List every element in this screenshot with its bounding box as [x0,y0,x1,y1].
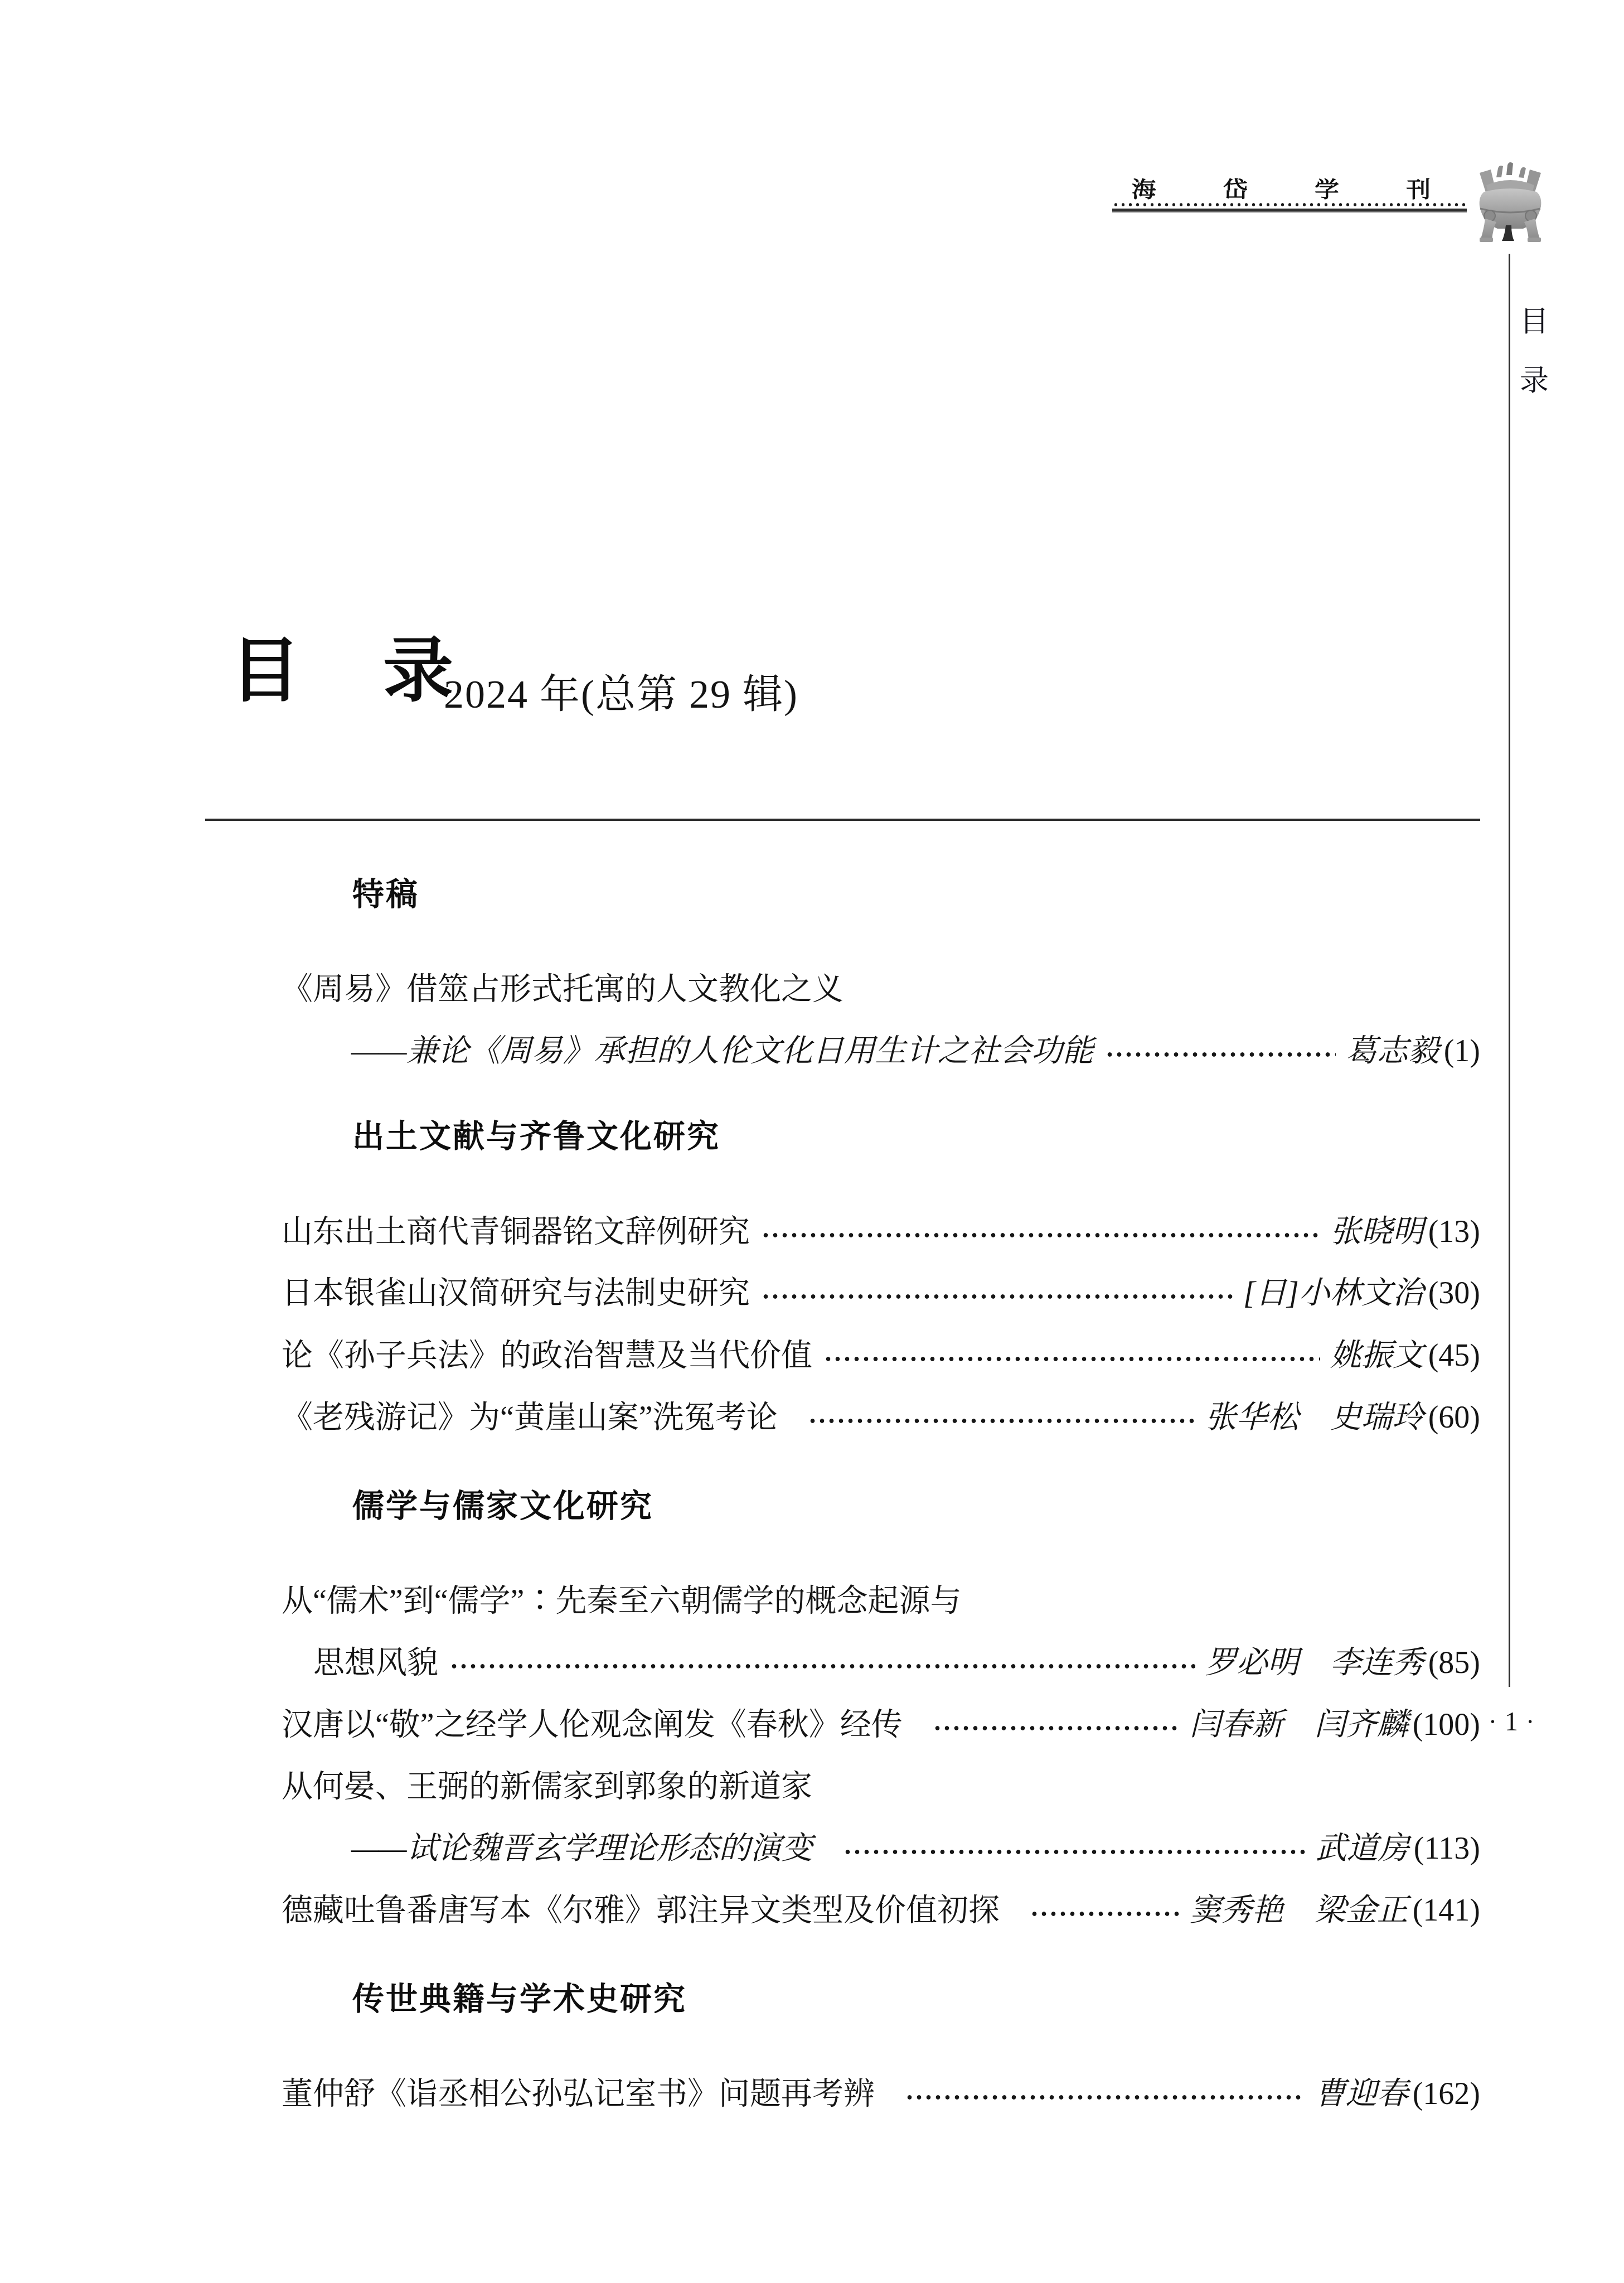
marker-right-dot: · [1526,1705,1534,1739]
page-number-marker: · 1 · [1481,1705,1542,1739]
toc-row-authors: [日]小林文治 [1243,1277,1424,1309]
toc-section-heading: 传世典籍与学术史研究 [352,1982,687,2016]
toc-section-heading: 儒学与儒家文化研究 [352,1489,653,1523]
marker-number: 1 [1505,1705,1518,1739]
toc-row-page: (85) [1428,1647,1480,1679]
dot-leader [823,1339,1320,1372]
toc-row-title: 从“儒术”到“儒学”∶先秦至六朝儒学的概念起源与 [282,1585,961,1617]
toc-row-authors: 曹迎春 [1315,2078,1408,2110]
dot-leader [843,1832,1306,1865]
toc-title-char: 录 [383,633,453,710]
margin-vertical-label: 目 录 [1518,307,1551,397]
toc-row-page: (141) [1413,1894,1480,1927]
dot-leader [808,1401,1195,1434]
toc-row-title: 思想风貌 [313,1647,438,1679]
toc-row: 思想风貌罗必明 李连秀(85) [313,1647,1480,1679]
toc-row: 山东出土商代青铜器铭文辞例研究张晓明(13) [282,1216,1480,1248]
toc-row-title: 论《孙子兵法》的政治智慧及当代价值 [282,1339,812,1372]
toc-row-title: 德藏吐鲁番唐写本《尔雅》郭注异文类型及价值初探 [282,1894,1000,1927]
toc-row: 汉唐以“敬”之经学人伦观念阐发《春秋》经传闫春新 闫齐麟(100) [282,1709,1480,1741]
header-solid-rule [1112,209,1467,211]
toc-row-title: 日本银雀山汉简研究与法制史研究 [282,1277,750,1309]
toc-row-page: (113) [1414,1832,1480,1865]
toc-row-page: (1) [1444,1035,1480,1067]
toc-row-authors: 葛志毅 [1346,1035,1439,1067]
toc-row: ——试论魏晋玄学理论形态的演变武道房(113) [351,1832,1480,1865]
toc-row: 董仲舒《诣丞相公孙弘记室书》问题再考辨曹迎春(162) [282,2078,1480,2110]
toc-row-title: ——试论魏晋玄学理论形态的演变 [351,1832,813,1865]
toc-row-page: (60) [1428,1401,1480,1434]
toc-page: 海 岱 学 刊 [0,0,1624,2283]
toc-row: ——兼论《周易》承担的人伦文化日用生计之社会功能葛志毅(1) [351,1035,1480,1067]
toc-row-title: ——兼论《周易》承担的人伦文化日用生计之社会功能 [351,1035,1094,1067]
toc-row-page: (45) [1428,1339,1480,1372]
toc-row-title: 从何晏、王弼的新儒家到郭象的新道家 [282,1771,812,1803]
toc-row-page: (162) [1413,2078,1480,2110]
dot-leader [761,1216,1320,1248]
margin-label-char: 录 [1520,366,1549,397]
toc-row-authors: 罗必明 李连秀 [1205,1647,1424,1679]
toc-section-heading: 特稿 [352,877,419,912]
toc-row-authors: 张华松 史瑞玲 [1205,1401,1424,1434]
marker-left-dot: · [1489,1705,1497,1739]
toc-row-title: 董仲舒《诣丞相公孙弘记室书》问题再考辨 [282,2078,875,2110]
dot-leader [761,1277,1233,1309]
toc-row-page: (100) [1413,1709,1480,1741]
header-dotted-rule [1112,202,1467,207]
toc-row-title: 山东出土商代青铜器铭文辞例研究 [282,1216,750,1248]
toc-row: 德藏吐鲁番唐写本《尔雅》郭注异文类型及价值初探窦秀艳 梁金正(141) [282,1894,1480,1927]
toc-row: 《老残游记》为“黄崖山案”洗冤考论张华松 史瑞玲(60) [282,1401,1480,1434]
toc-issue: 2024 年(总第 29 辑) [444,672,798,717]
toc-row-title: 《周易》借筮占形式托寓的人文教化之义 [282,973,843,1005]
dot-leader [1030,1894,1180,1927]
toc-row: 《周易》借筮占形式托寓的人文教化之义 [282,973,1480,1005]
margin-label-char: 目 [1520,307,1549,338]
journal-title: 海 岱 学 刊 [1118,172,1475,203]
toc-row-title: 汉唐以“敬”之经学人伦观念阐发《春秋》经传 [282,1709,903,1741]
toc-row: 从“儒术”到“儒学”∶先秦至六朝儒学的概念起源与 [282,1585,1480,1617]
toc-row: 从何晏、王弼的新儒家到郭象的新道家 [282,1771,1480,1803]
toc-row: 论《孙子兵法》的政治智慧及当代价值姚振文(45) [282,1339,1480,1372]
toc-row-page: (13) [1428,1216,1480,1248]
toc-row-authors: 武道房 [1316,1832,1409,1865]
toc-row-title: 《老残游记》为“黄崖山案”洗冤考论 [282,1401,778,1434]
margin-rule [1509,254,1510,1687]
dot-leader [933,1709,1180,1741]
dot-leader [905,2078,1305,2110]
toc-section-heading: 出土文献与齐鲁文化研究 [352,1119,720,1154]
dot-leader [449,1647,1195,1679]
bronze-ding-icon [1471,161,1550,243]
toc-title-char: 目 [230,633,300,710]
toc-divider [205,819,1480,821]
toc-row-authors: 闫春新 闫齐麟 [1190,1709,1408,1741]
toc-row-authors: 张晓明 [1330,1216,1424,1248]
toc-row-page: (30) [1428,1277,1480,1309]
dot-leader [1105,1035,1336,1067]
toc-title: 目录 [230,631,453,712]
toc-row-authors: 窦秀艳 梁金正 [1190,1894,1408,1927]
toc-row-authors: 姚振文 [1330,1339,1424,1372]
toc-row: 日本银雀山汉简研究与法制史研究[日]小林文治(30) [282,1277,1480,1309]
